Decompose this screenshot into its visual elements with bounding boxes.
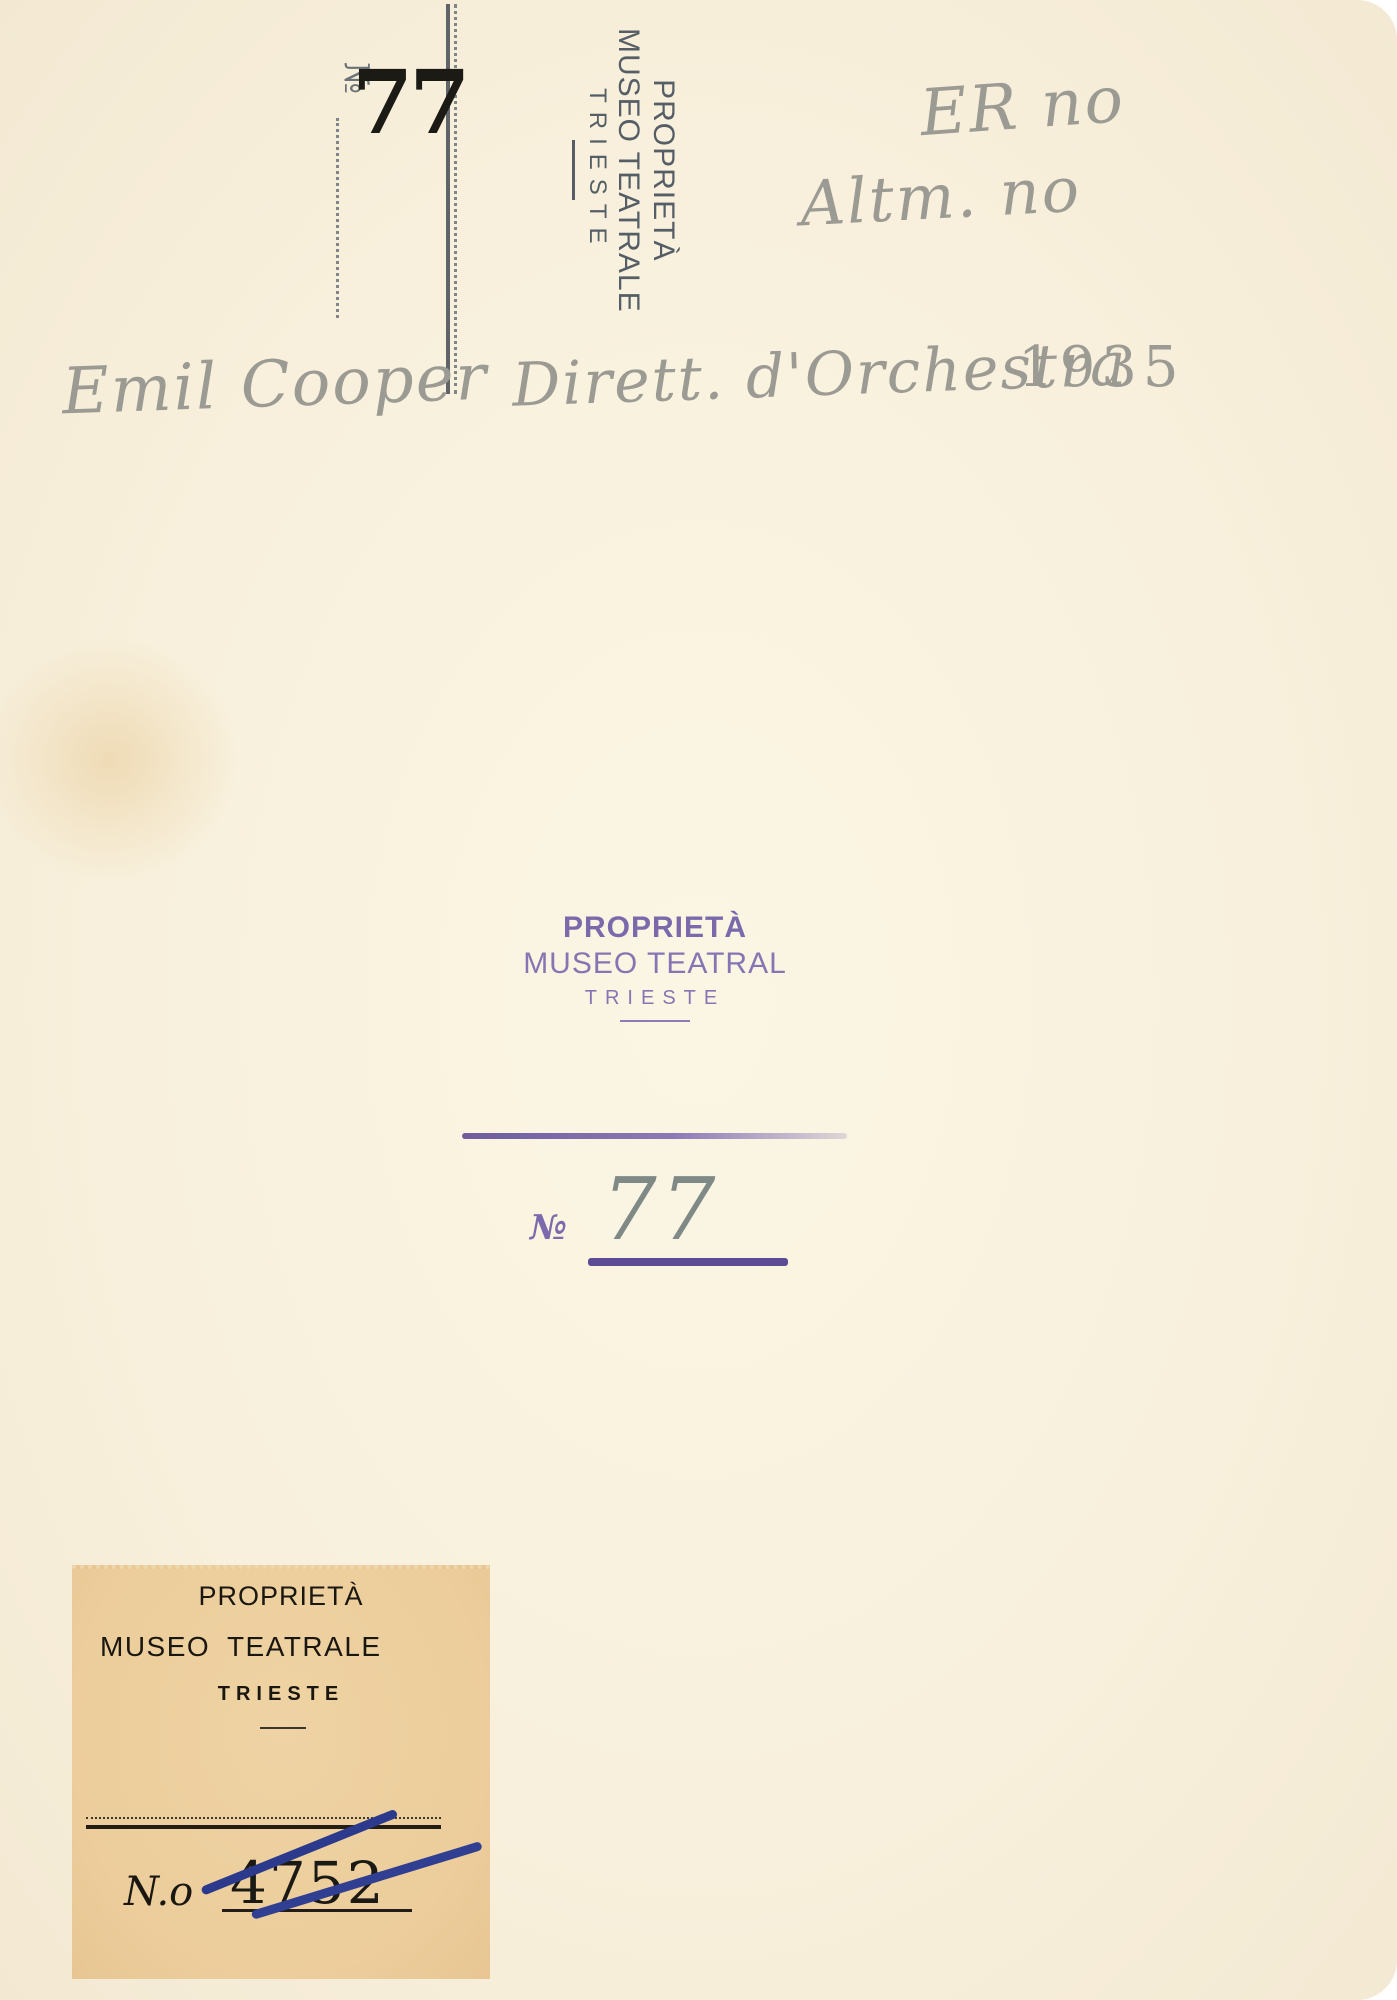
pencil-note-er: ER no — [918, 63, 1128, 151]
center-stamp-rule — [620, 1020, 690, 1022]
pencil-note-name: Emil Cooper — [61, 341, 489, 430]
stamp-line-trieste: TRIESTE — [583, 28, 611, 313]
label-small-rule — [260, 1727, 306, 1729]
center-stamp-proprieta: PROPRIETÀ — [490, 910, 820, 946]
center-number-prefix: № — [530, 1208, 567, 1248]
stamp-rule — [572, 140, 575, 200]
museum-label-sticker: PROPRIETÀ MUSEO TEATRALE TRIESTE N.o 475… — [72, 1565, 490, 1979]
photo-card-back: № 77 PROPRIETÀ MUSEO TEATRALE TRIESTE ER… — [0, 0, 1397, 2000]
center-number-underline — [588, 1258, 788, 1266]
center-number-handwritten: 77 — [602, 1160, 719, 1260]
label-line-trieste: TRIESTE — [72, 1683, 490, 1706]
label-line-museo: MUSEO TEATRALE — [100, 1631, 382, 1663]
stamp-line-museo: MUSEO TEATRALE — [611, 28, 646, 313]
pencil-note-altm: Altm. no — [798, 153, 1082, 241]
purple-stamp-line — [462, 1133, 847, 1139]
rotated-property-stamp: PROPRIETÀ MUSEO TEATRALE TRIESTE — [572, 28, 680, 313]
pencil-note-year: 1935 — [1018, 335, 1185, 400]
center-stamp-museo: MUSEO TEATRAL — [490, 946, 820, 982]
label-number-prefix: N.o — [124, 1869, 193, 1915]
center-property-stamp: PROPRIETÀ MUSEO TEATRAL TRIESTE — [490, 910, 820, 1022]
stamp-line-proprieta: PROPRIETÀ — [646, 28, 681, 313]
archive-number-stamp: 77 — [352, 50, 466, 154]
label-solid-line — [86, 1825, 441, 1829]
label-line-proprieta: PROPRIETÀ — [72, 1581, 490, 1612]
dotted-line-left — [336, 118, 339, 318]
label-number-underline — [222, 1909, 412, 1912]
center-stamp-trieste: TRIESTE — [490, 986, 820, 1010]
